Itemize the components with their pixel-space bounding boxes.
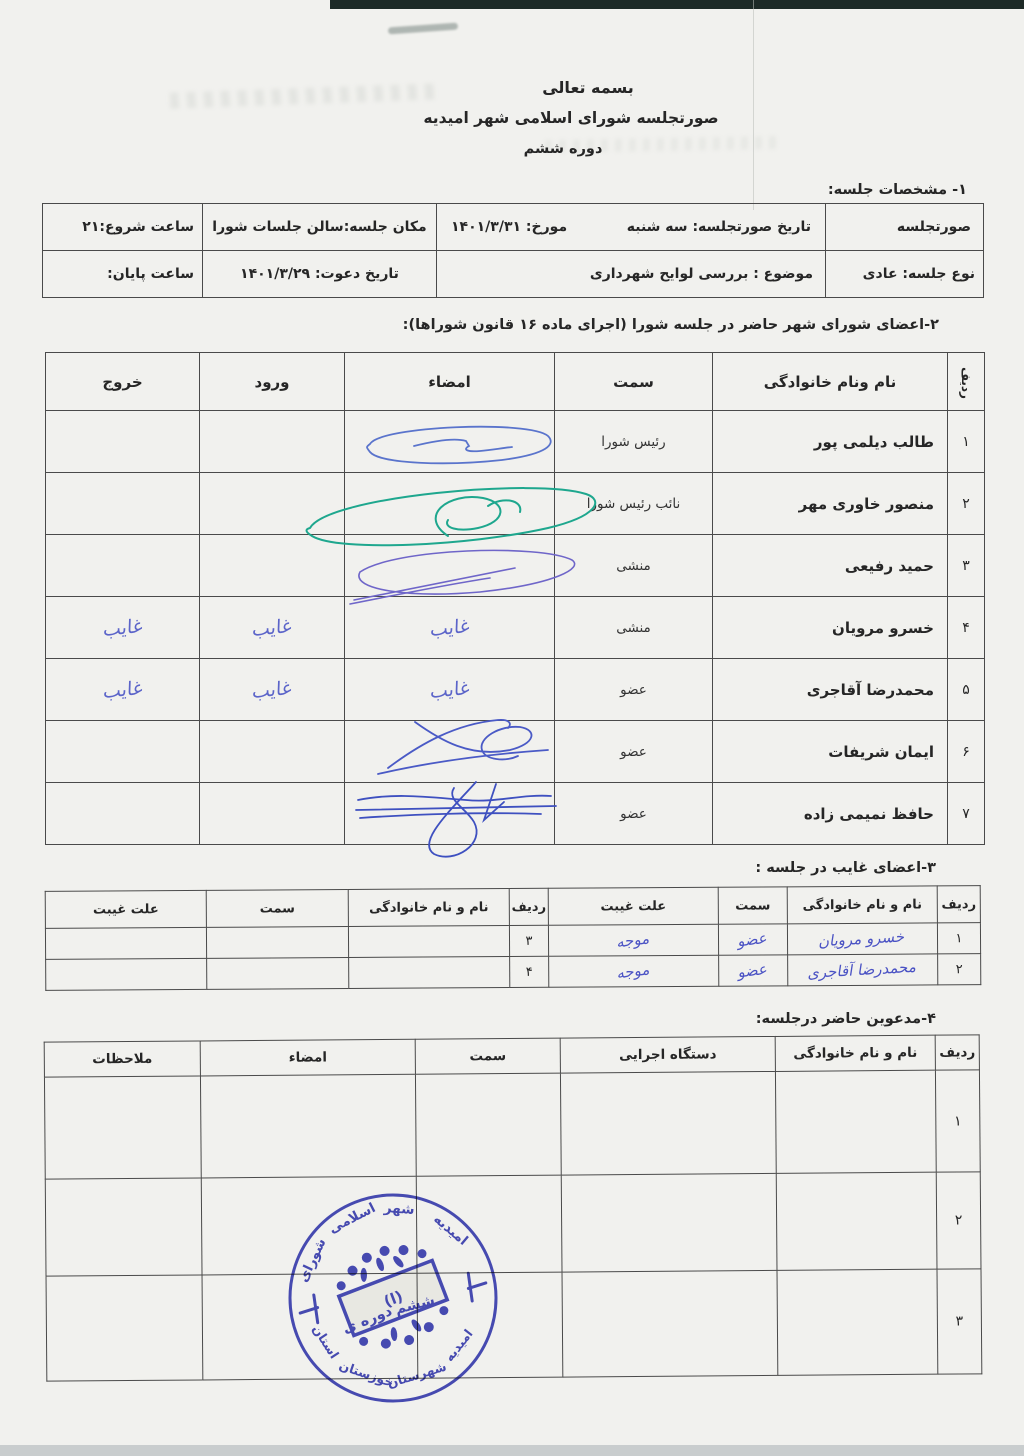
member-role: عضو: [555, 721, 713, 783]
member-signature-cell: [345, 473, 555, 535]
member-role: نائب رئیس شورا: [555, 473, 713, 535]
member-role: عضو: [555, 659, 713, 721]
member-entry-cell: غایب: [200, 597, 345, 659]
member-no: ۴: [948, 597, 985, 659]
header-row-number: ردیف: [509, 888, 548, 925]
header-signature: امضاء: [345, 353, 555, 411]
member-row: ۱ طالب دیلمی پور رئیس شورا: [46, 411, 985, 473]
member-entry-cell: غایب: [200, 659, 345, 721]
absent-no2: ۴: [510, 956, 549, 987]
member-no: ۳: [948, 535, 985, 597]
absent-no: ۲: [938, 954, 981, 985]
absent-name: خسرو مرویان: [787, 923, 937, 955]
svg-text:اسلامی: اسلامی: [326, 1200, 378, 1237]
meeting-info-row2: نوع جلسه: عادی موضوع : بررسی لوایح شهردا…: [43, 251, 984, 298]
svg-text:شورای: شورای: [295, 1236, 329, 1285]
guest-no: ۱: [935, 1070, 980, 1172]
member-name: خسرو مرویان: [713, 597, 948, 659]
absent-name-empty: [348, 926, 509, 958]
absent-reason: موجه: [548, 924, 718, 956]
guest-notes-empty: [46, 1275, 203, 1381]
svg-text:استان: استان: [309, 1322, 342, 1361]
guest-agency-empty: [562, 1270, 778, 1377]
guest-name-empty: [775, 1070, 936, 1173]
svg-text:شهر: شهر: [382, 1200, 415, 1218]
guest-signature-empty: [200, 1074, 416, 1178]
ink-bleedthrough: [170, 83, 440, 108]
member-row: ۳ حمید رفیعی منشی: [46, 535, 985, 597]
member-signature-cell: [345, 411, 555, 473]
member-no: ۲: [948, 473, 985, 535]
document-title: صورتجلسه شورای اسلامی شهر امیدیه: [356, 109, 786, 127]
header-reason: علت غیبت: [548, 887, 718, 925]
absent-members-table: ردیف نام و نام خانوادگی سمت علت غیبت ردی…: [45, 885, 982, 991]
member-exit-cell: غایب: [46, 597, 200, 659]
member-signature-cell: [345, 535, 555, 597]
guest-no: ۲: [936, 1172, 981, 1269]
member-entry-cell: [200, 783, 345, 845]
section4-label: ۴-مدعوین حاضر درجلسه:: [756, 1011, 936, 1027]
absent-handwriting: غایب: [252, 614, 292, 640]
meeting-info-row1: صورتجلسه تاریخ صورتجلسه: سه شنبه مورخ: ۱…: [43, 204, 984, 251]
member-signature-cell: [345, 721, 555, 783]
meeting-location-cell: مکان جلسه:سالن جلسات شورا: [203, 204, 437, 251]
member-exit-cell: [46, 535, 200, 597]
member-entry-cell: [200, 721, 345, 783]
guest-notes-empty: [44, 1076, 201, 1179]
member-role: منشی: [555, 535, 713, 597]
member-name: ایمان شریفات: [713, 721, 948, 783]
absent-handwriting: غایب: [429, 614, 469, 640]
member-row: ۴ خسرو مرویان منشی غایب غایب غایب: [46, 597, 985, 659]
absent-role: عضو: [718, 924, 787, 955]
absent-no: ۱: [937, 923, 980, 954]
absent-reason-empty: [46, 958, 207, 990]
member-no: ۷: [948, 783, 985, 845]
member-exit-cell: [46, 721, 200, 783]
header-name: نام و نام خانوادگی: [775, 1035, 935, 1071]
member-row: ۶ ایمان شریفات عضو: [46, 721, 985, 783]
stamp-top-arc-text: شورای اسلامی شهر امیدیه: [295, 1200, 471, 1285]
absent-reason: موجه: [549, 955, 719, 987]
absent-name-handwriting: محمدرضا آقاجری: [807, 958, 918, 983]
guest-row: ۲: [45, 1172, 981, 1276]
section1-label: ۱- مشخصات جلسه:: [828, 182, 967, 198]
guest-row: ۳: [46, 1269, 982, 1381]
absent-name: محمدرضا آقاجری: [788, 954, 938, 986]
guest-name-empty: [776, 1172, 937, 1270]
member-exit-cell: غایب: [46, 659, 200, 721]
scan-edge-top: [330, 0, 1024, 9]
guest-name-empty: [777, 1269, 938, 1375]
absent-handwriting: غایب: [429, 676, 469, 702]
member-entry-cell: [200, 411, 345, 473]
section2-label: ۲-اعضای شورای شهر حاضر در جلسه شورا (اجر…: [403, 317, 939, 333]
absent-reason-handwriting: موجه: [617, 929, 651, 951]
meeting-date-value: مورخ: ۱۴۰۱/۳/۳۱: [451, 219, 567, 235]
member-name: طالب دیلمی پور: [713, 411, 948, 473]
absent-reason-empty: [45, 927, 206, 959]
absent-row: ۲ محمدرضا آقاجری عضو موجه ۴: [46, 954, 981, 991]
header-name: نام ونام خانوادگی: [713, 353, 948, 411]
member-signature-cell: [345, 783, 555, 845]
member-exit-cell: [46, 411, 200, 473]
guest-notes-empty: [45, 1178, 202, 1276]
meeting-date-day: تاریخ صورتجلسه: سه شنبه: [627, 219, 811, 235]
header-role: سمت: [415, 1038, 560, 1074]
header-row-number: ردیف: [935, 1035, 979, 1070]
member-name: حافظ نمیمی زاده: [713, 783, 948, 845]
member-role: عضو: [555, 783, 713, 845]
guests-table: ردیف نام و نام خانوادگی دستگاه اجرایی سم…: [44, 1034, 983, 1381]
absent-role: عضو: [719, 955, 788, 986]
header-role: سمت: [718, 887, 787, 924]
member-role: منشی: [555, 597, 713, 659]
scan-speck: [388, 23, 458, 35]
member-no: ۶: [948, 721, 985, 783]
scan-edge-bottom: [0, 1445, 1024, 1456]
absent-handwriting: غایب: [102, 676, 142, 702]
absent-header-row: ردیف نام و نام خانوادگی سمت علت غیبت ردی…: [45, 886, 980, 929]
meeting-date-cell: تاریخ صورتجلسه: سه شنبه مورخ: ۱۴۰۱/۳/۳۱: [437, 204, 826, 251]
header-row-number: ردیف: [937, 886, 980, 923]
absent-no2: ۳: [509, 925, 548, 956]
header-role: سمت: [555, 353, 713, 411]
header-agency: دستگاه اجرایی: [560, 1036, 775, 1073]
absent-handwriting: غایب: [102, 614, 142, 640]
svg-text:امیدیه: امیدیه: [441, 1326, 475, 1364]
members-header-row: ردیف نام ونام خانوادگی سمت امضاء ورود خر…: [46, 353, 985, 411]
scanned-meeting-minutes-page: { "page": { "bismillah": "بسمه تعالی", "…: [0, 0, 1024, 1456]
absent-handwriting: غایب: [252, 676, 292, 702]
section3-label: ۳-اعضای غایب در جلسه :: [755, 860, 936, 876]
absent-role-empty: [207, 958, 349, 990]
absent-role-handwriting: عضو: [738, 960, 768, 982]
guest-agency-empty: [561, 1173, 777, 1272]
absent-role-handwriting: عضو: [738, 929, 768, 951]
member-no: ۱: [948, 411, 985, 473]
member-exit-cell: [46, 783, 200, 845]
meeting-info-table: صورتجلسه تاریخ صورتجلسه: سه شنبه مورخ: ۱…: [42, 203, 984, 298]
bismillah-heading: بسمه تعالی: [498, 78, 678, 97]
paper-crease: [753, 0, 754, 210]
member-role: رئیس شورا: [555, 411, 713, 473]
header-name: نام و نام خانوادگی: [787, 886, 937, 924]
svg-text:امیدیه: امیدیه: [430, 1211, 471, 1249]
member-entry-cell: [200, 473, 345, 535]
guest-no: ۳: [937, 1269, 982, 1374]
header-signature: امضاء: [200, 1039, 415, 1076]
council-term: دوره ششم: [488, 141, 638, 157]
absent-reason-handwriting: موجه: [617, 960, 651, 982]
absent-name-empty: [349, 957, 510, 989]
council-stamp: (ا) شورای اسلامی شهر امیدیه استان خوزستا…: [277, 1182, 509, 1414]
header-role: سمت: [206, 890, 348, 928]
session-type-cell: نوع جلسه: عادی: [826, 251, 984, 298]
end-time-cell: ساعت پایان:: [43, 251, 203, 298]
absent-role-empty: [206, 927, 348, 959]
member-row: ۷ حافظ نمیمی زاده عضو: [46, 783, 985, 845]
member-signature-cell: غایب: [345, 659, 555, 721]
header-row-number: ردیف: [948, 353, 985, 411]
member-name: محمدرضا آقاجری: [713, 659, 948, 721]
invite-date-cell: تاریخ دعوت: ۱۴۰۱/۳/۲۹: [203, 251, 437, 298]
guest-row: ۱: [44, 1070, 980, 1179]
header-notes: ملاحظات: [44, 1041, 200, 1077]
member-signature-cell: غایب: [345, 597, 555, 659]
absent-name-handwriting: خسرو مرویان: [818, 927, 907, 950]
member-no: ۵: [948, 659, 985, 721]
minutes-label-cell: صورتجلسه: [826, 204, 984, 251]
svg-text:شهرستان: شهرستان: [385, 1359, 448, 1391]
header-entry: ورود: [200, 353, 345, 411]
subject-cell: موضوع : بررسی لوایح شهرداری: [437, 251, 826, 298]
guest-role-empty: [415, 1073, 561, 1176]
header-reason: علت غیبت: [45, 890, 206, 928]
member-row: ۵ محمدرضا آقاجری عضو غایب غایب غایب: [46, 659, 985, 721]
member-exit-cell: [46, 473, 200, 535]
header-name: نام و نام خانوادگی: [348, 889, 509, 927]
members-table: ردیف نام ونام خانوادگی سمت امضاء ورود خر…: [45, 352, 985, 845]
member-entry-cell: [200, 535, 345, 597]
header-exit: خروج: [46, 353, 200, 411]
member-row: ۲ منصور خاوری مهر نائب رئیس شورا: [46, 473, 985, 535]
member-name: حمید رفیعی: [713, 535, 948, 597]
guest-agency-empty: [560, 1071, 776, 1175]
member-name: منصور خاوری مهر: [713, 473, 948, 535]
start-time-cell: ساعت شروع:۲۱: [43, 204, 203, 251]
